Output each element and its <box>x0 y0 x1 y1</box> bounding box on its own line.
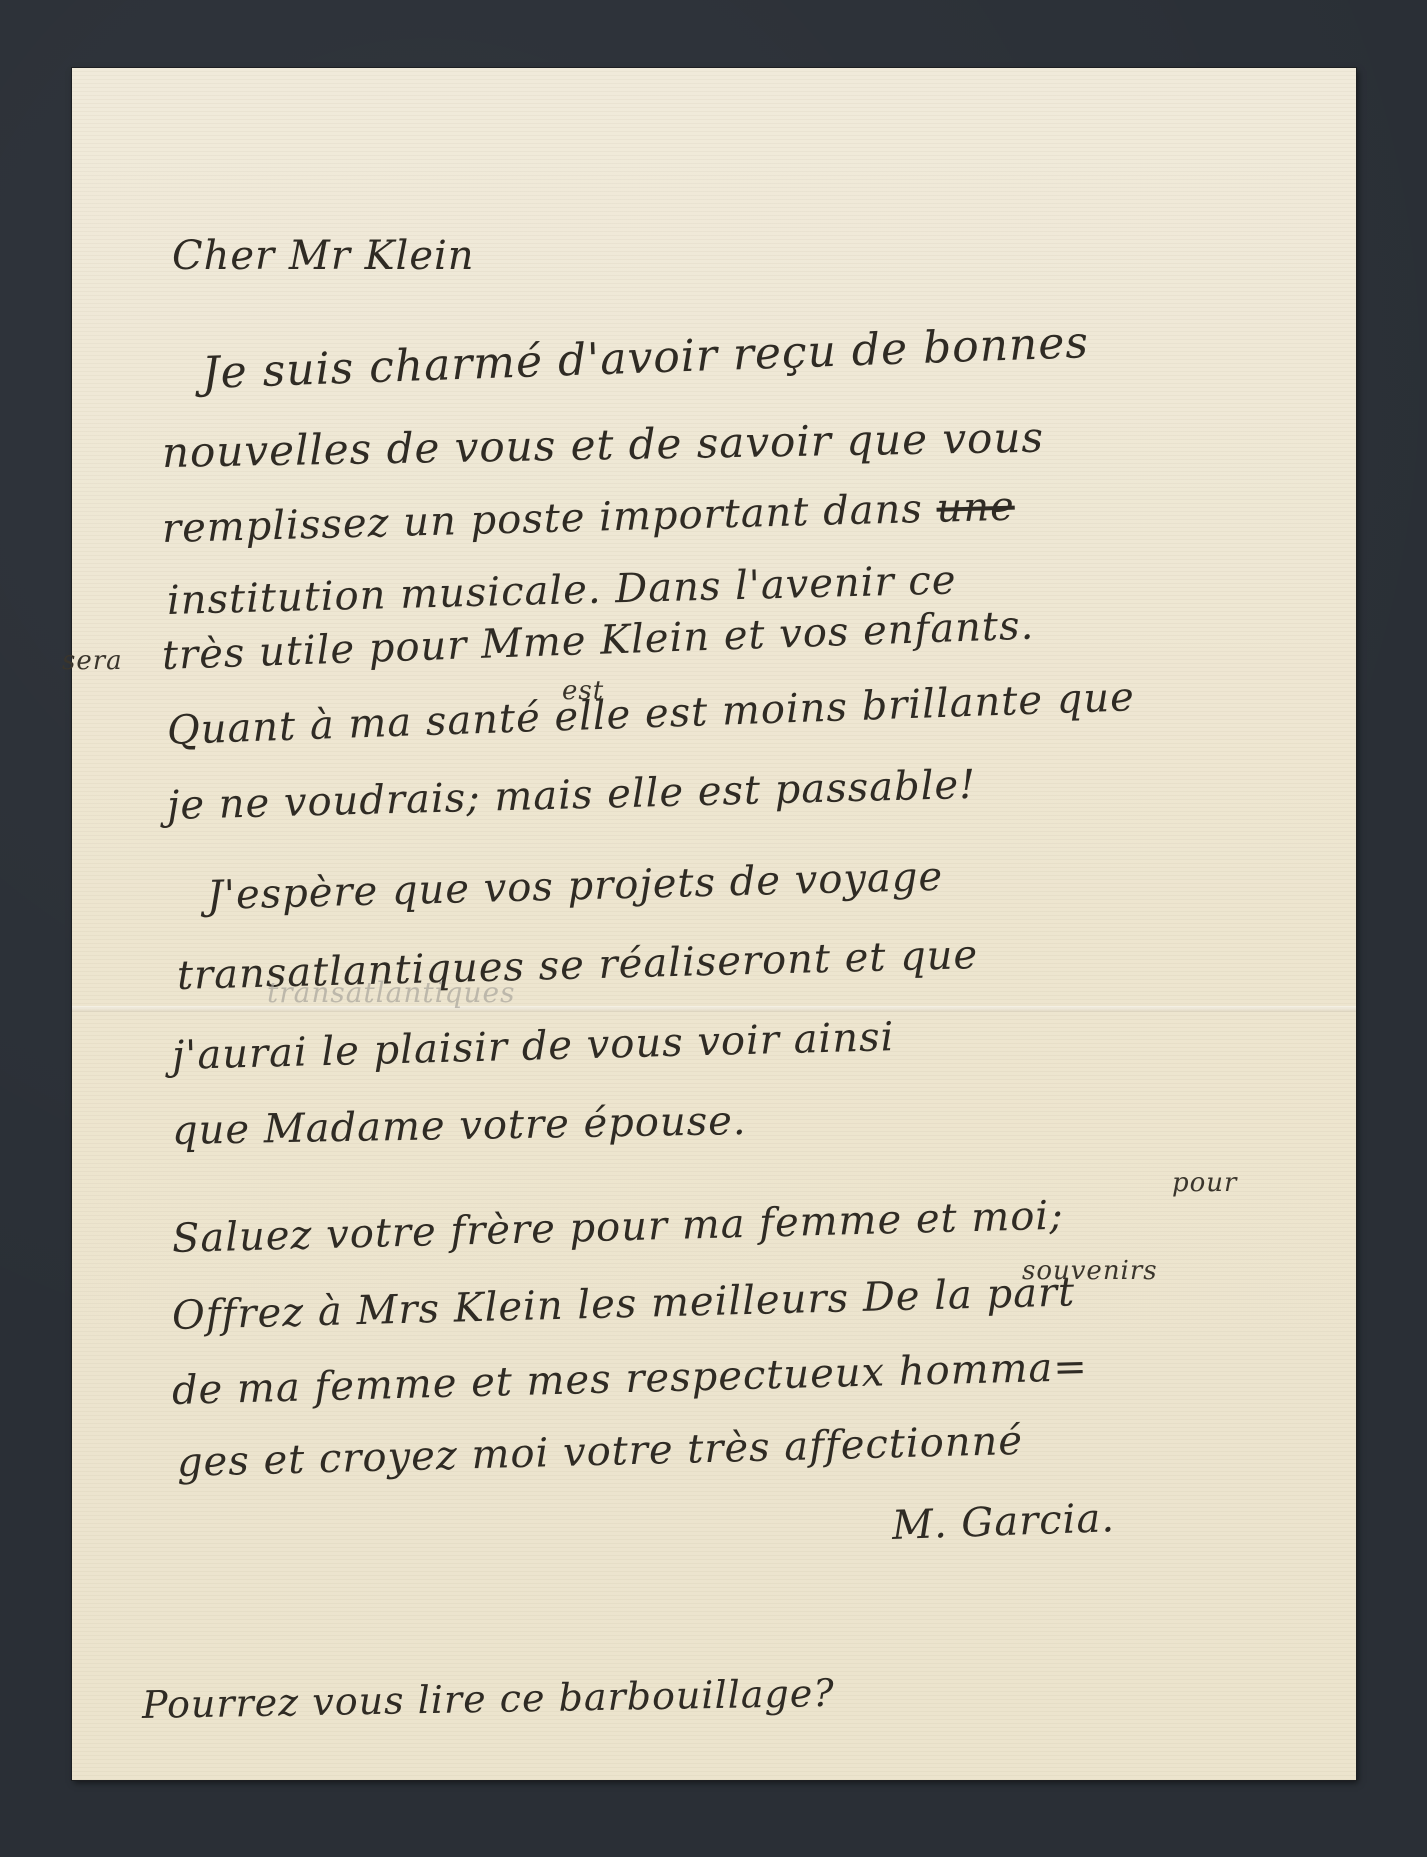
struck-word: une <box>936 484 1015 532</box>
letter-line-10: j'aurai le plaisir de vous voir ainsi <box>171 1014 895 1079</box>
letter-line-8: J'espère que vos projets de voyage <box>206 854 943 919</box>
salutation: Cher Mr Klein <box>172 233 475 279</box>
letter-line-3-text: remplissez un poste important dans <box>161 486 937 552</box>
letter-line-3: remplissez un poste important dans une <box>161 484 1015 552</box>
letter-line-6: Quant à ma santé elle est moins brillant… <box>166 674 1135 754</box>
margin-note: sera <box>62 646 123 676</box>
letter-line-1: Je suis charmé d'avoir reçu de bonnes <box>201 317 1090 399</box>
letter-paper: Cher Mr Klein Je suis charmé d'avoir reç… <box>72 68 1356 1780</box>
letter-line-14: de ma femme et mes respectueux homma= <box>171 1344 1088 1414</box>
letter-line-11: que Madame votre épouse. <box>172 1098 747 1154</box>
letter-line-7: je ne voudrais; mais elle est passable! <box>166 762 976 829</box>
letter-line-15: ges et croyez moi votre très affectionné <box>176 1418 1023 1486</box>
faint-offset-text: transatlantiques <box>267 976 515 1009</box>
signature: M. Garcia. <box>891 1495 1116 1549</box>
postscript: Pourrez vous lire ce barbouillage? <box>142 1671 835 1727</box>
paper-fold-crease <box>72 1006 1356 1012</box>
letter-line-2: nouvelles de vous et de savoir que vous <box>162 413 1045 477</box>
interlinear-pour: pour <box>1172 1168 1237 1198</box>
letter-line-12: Saluez votre frère pour ma femme et moi; <box>171 1193 1064 1262</box>
letter-line-13: Offrez à Mrs Klein les meilleurs De la p… <box>171 1269 1075 1339</box>
